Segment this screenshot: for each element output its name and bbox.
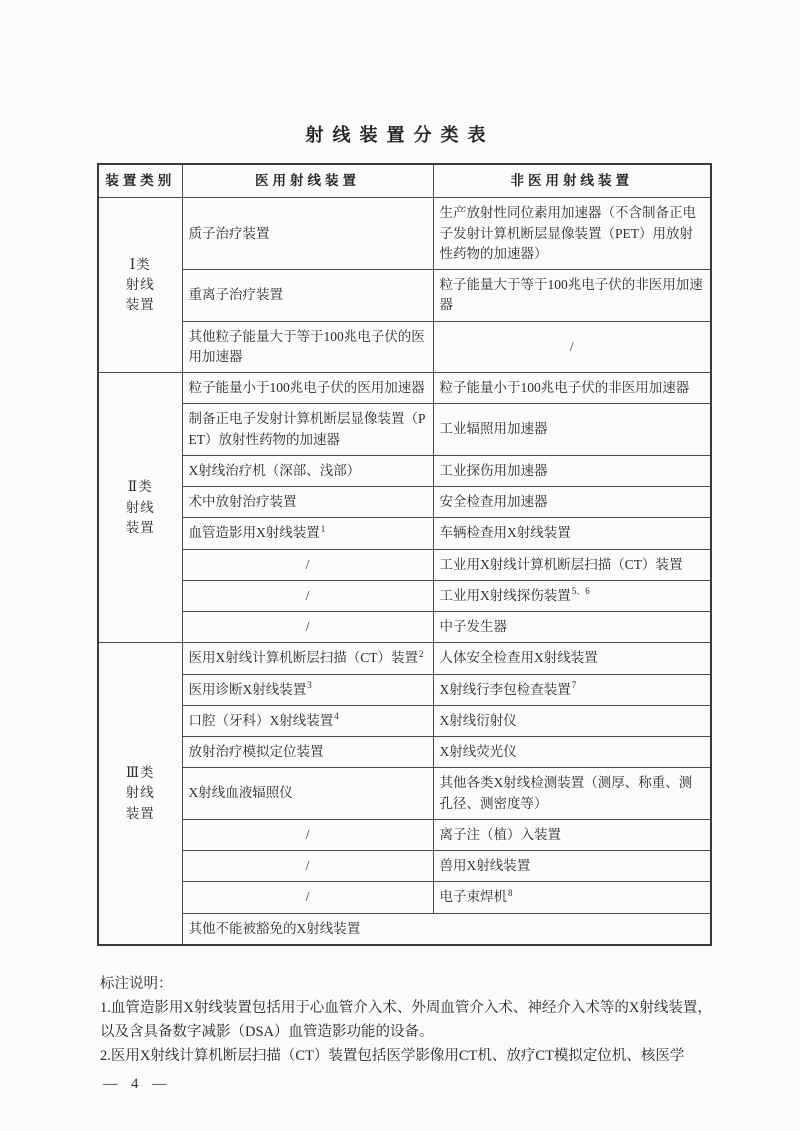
header-non-medical-devices: 非医用射线装置: [433, 164, 711, 198]
device-cell: X射线血液辐照仪: [182, 768, 433, 820]
device-cell: /: [182, 819, 433, 850]
page-number: — 4 —: [103, 1076, 800, 1093]
device-cell: 中子发生器: [433, 612, 711, 643]
radiation-device-classification-table: 装置类别 医用射线装置 非医用射线装置 Ⅰ类 射线 装置质子治疗装置生产放射性同…: [97, 163, 712, 946]
table-row: 其他粒子能量大于等于100兆电子伏的医用加速器/: [98, 321, 711, 373]
device-cell: /: [182, 851, 433, 882]
table-row: /电子束焊机8: [98, 882, 711, 913]
table-row: 口腔（牙科）X射线装置4X射线衍射仪: [98, 705, 711, 736]
page-title: 射线装置分类表: [0, 0, 800, 147]
table-row: /离子注（植）入装置: [98, 819, 711, 850]
device-cell: /: [433, 321, 711, 373]
header-medical-devices: 医用射线装置: [182, 164, 433, 198]
device-cell: 其他各类X射线检测装置（测厚、称重、测孔径、测密度等）: [433, 768, 711, 820]
footnote-reference: 8: [508, 888, 513, 898]
device-cell: 其他粒子能量大于等于100兆电子伏的医用加速器: [182, 321, 433, 373]
device-cell: 重离子治疗装置: [182, 270, 433, 322]
device-cell: 质子治疗装置: [182, 198, 433, 270]
device-cell: 粒子能量大于等于100兆电子伏的非医用加速器: [433, 270, 711, 322]
table-row: 其他不能被豁免的X射线装置: [98, 913, 711, 945]
table-header: 装置类别 医用射线装置 非医用射线装置: [98, 164, 711, 198]
table-row: X射线治疗机（深部、浅部）工业探伤用加速器: [98, 455, 711, 486]
device-cell: X射线荧光仪: [433, 737, 711, 768]
table-row: 放射治疗模拟定位装置X射线荧光仪: [98, 737, 711, 768]
category-cell: Ⅱ类 射线 装置: [98, 373, 182, 643]
device-cell: 医用X射线计算机断层扫描（CT）装置2: [182, 643, 433, 674]
footnote-item: 2.医用X射线计算机断层扫描（CT）装置包括医学影像用CT机、放疗CT模拟定位机…: [100, 1045, 712, 1069]
table-body: Ⅰ类 射线 装置质子治疗装置生产放射性同位素用加速器（不含制备正电子发射计算机断…: [98, 198, 711, 945]
device-cell: 血管造影用X射线装置1: [182, 518, 433, 549]
device-cell: X射线治疗机（深部、浅部）: [182, 455, 433, 486]
device-cell: 口腔（牙科）X射线装置4: [182, 705, 433, 736]
footnotes-heading: 标注说明：: [100, 973, 712, 997]
table-row: 术中放射治疗装置安全检查用加速器: [98, 487, 711, 518]
footnote-item: 1.血管造影用X射线装置包括用于心血管介入术、外周血管介入术、神经介入术等的X射…: [100, 997, 712, 1045]
device-cell: /: [182, 549, 433, 580]
table-row: /工业用X射线探伤装置5、6: [98, 580, 711, 611]
device-cell: 粒子能量小于100兆电子伏的非医用加速器: [433, 373, 711, 404]
table-row: /工业用X射线计算机断层扫描（CT）装置: [98, 549, 711, 580]
table-row: X射线血液辐照仪其他各类X射线检测装置（测厚、称重、测孔径、测密度等）: [98, 768, 711, 820]
device-cell: 工业用X射线探伤装置5、6: [433, 580, 711, 611]
document-page: 射线装置分类表 装置类别 医用射线装置 非医用射线装置 Ⅰ类 射线 装置质子治疗…: [0, 0, 800, 1131]
device-cell: /: [182, 580, 433, 611]
device-cell: 兽用X射线装置: [433, 851, 711, 882]
table-row: Ⅲ类 射线 装置医用X射线计算机断层扫描（CT）装置2人体安全检查用X射线装置: [98, 643, 711, 674]
footnote-reference: 3: [307, 680, 312, 690]
header-row: 装置类别 医用射线装置 非医用射线装置: [98, 164, 711, 198]
device-cell: 电子束焊机8: [433, 882, 711, 913]
device-cell: 放射治疗模拟定位装置: [182, 737, 433, 768]
device-cell: 工业辐照用加速器: [433, 404, 711, 456]
table-row: 血管造影用X射线装置1车辆检查用X射线装置: [98, 518, 711, 549]
footnotes: 标注说明： 1.血管造影用X射线装置包括用于心血管介入术、外周血管介入术、神经介…: [100, 973, 712, 1069]
table-row: /中子发生器: [98, 612, 711, 643]
table-row: 医用诊断X射线装置3X射线行李包检查装置7: [98, 674, 711, 705]
footnote-reference: 2: [419, 649, 424, 659]
device-cell: 术中放射治疗装置: [182, 487, 433, 518]
table-row: /兽用X射线装置: [98, 851, 711, 882]
device-cell: 生产放射性同位素用加速器（不含制备正电子发射计算机断层显像装置（PET）用放射性…: [433, 198, 711, 270]
device-cell: 医用诊断X射线装置3: [182, 674, 433, 705]
footnote-reference: 7: [572, 680, 577, 690]
device-cell: 制备正电子发射计算机断层显像装置（PET）放射性药物的加速器: [182, 404, 433, 456]
device-cell: X射线行李包检查装置7: [433, 674, 711, 705]
device-cell-fullwidth: 其他不能被豁免的X射线装置: [182, 913, 711, 945]
table-row: Ⅱ类 射线 装置粒子能量小于100兆电子伏的医用加速器粒子能量小于100兆电子伏…: [98, 373, 711, 404]
device-cell: /: [182, 612, 433, 643]
footnote-reference: 5、6: [572, 586, 590, 596]
device-cell: 工业探伤用加速器: [433, 455, 711, 486]
category-cell: Ⅰ类 射线 装置: [98, 198, 182, 373]
table-row: 制备正电子发射计算机断层显像装置（PET）放射性药物的加速器工业辐照用加速器: [98, 404, 711, 456]
device-cell: X射线衍射仪: [433, 705, 711, 736]
device-cell: 粒子能量小于100兆电子伏的医用加速器: [182, 373, 433, 404]
table-row: 重离子治疗装置粒子能量大于等于100兆电子伏的非医用加速器: [98, 270, 711, 322]
device-cell: /: [182, 882, 433, 913]
device-cell: 安全检查用加速器: [433, 487, 711, 518]
device-cell: 车辆检查用X射线装置: [433, 518, 711, 549]
header-device-category: 装置类别: [98, 164, 182, 198]
footnote-reference: 4: [334, 711, 339, 721]
device-cell: 工业用X射线计算机断层扫描（CT）装置: [433, 549, 711, 580]
table-row: Ⅰ类 射线 装置质子治疗装置生产放射性同位素用加速器（不含制备正电子发射计算机断…: [98, 198, 711, 270]
device-cell: 离子注（植）入装置: [433, 819, 711, 850]
device-cell: 人体安全检查用X射线装置: [433, 643, 711, 674]
footnote-reference: 1: [321, 524, 326, 534]
category-cell: Ⅲ类 射线 装置: [98, 643, 182, 945]
